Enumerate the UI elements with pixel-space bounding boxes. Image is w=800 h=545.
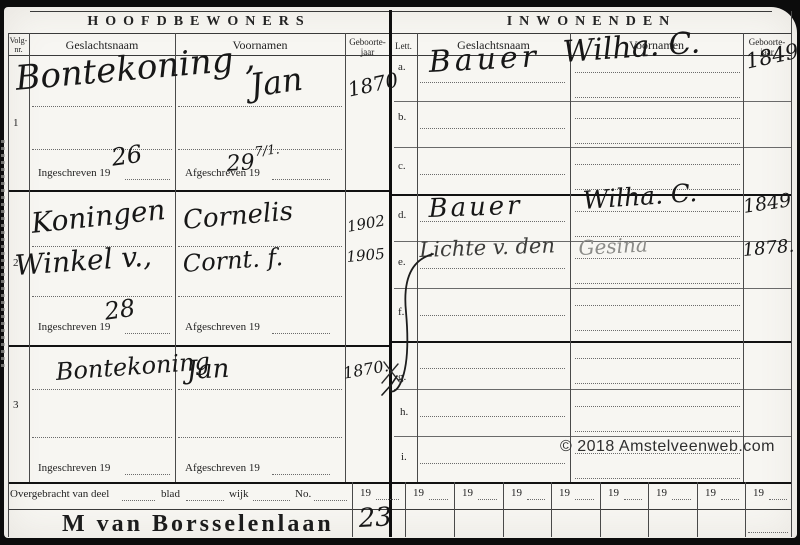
write-line xyxy=(575,118,740,119)
write-line xyxy=(420,416,565,417)
lett-i: i. xyxy=(401,452,407,463)
right-col2-line xyxy=(570,33,571,482)
volgnr-1: 1 xyxy=(13,118,19,129)
write-line xyxy=(420,82,565,83)
leader-line xyxy=(769,499,787,500)
no-label: No. xyxy=(295,489,311,500)
footer-v5 xyxy=(551,482,552,537)
leader-line xyxy=(478,499,497,500)
ingeschreven-label-1: Ingeschreven 19 xyxy=(38,168,110,179)
leader-line xyxy=(429,499,448,500)
write-line xyxy=(32,389,172,390)
lett-g: g. xyxy=(398,372,406,383)
street-name-stamp: M van Borsselenlaan xyxy=(62,511,334,538)
write-line xyxy=(575,358,740,359)
copyright-watermark: © 2018 Amstelveenweb.com xyxy=(560,438,775,456)
leader-line xyxy=(575,499,594,500)
year-cell-4: 19 xyxy=(511,488,522,499)
volgnr-line1: Volg- xyxy=(10,36,28,45)
geboortejaar-line2: jaar xyxy=(361,47,375,57)
right-row-line-hi xyxy=(394,436,792,437)
write-line xyxy=(32,437,172,438)
hw-row1-afgeschreven: 29 xyxy=(226,152,255,176)
footer-v2 xyxy=(405,482,406,537)
write-line xyxy=(178,437,342,438)
write-line xyxy=(420,174,565,175)
footer-v7 xyxy=(648,482,649,537)
write-line xyxy=(420,463,565,464)
write-line xyxy=(420,368,565,369)
col-header-lett: Lett. xyxy=(390,41,417,51)
leader-line xyxy=(721,499,739,500)
hw-row1-afgeschreven-sup: 7/1. xyxy=(254,143,280,159)
write-line xyxy=(575,431,740,432)
write-line xyxy=(575,383,740,384)
left-section-title: HOOFDBEWONERS xyxy=(8,15,390,29)
hw-lodger-a-geslachtsnaam: Bauer xyxy=(428,42,541,78)
left-border xyxy=(8,33,9,537)
hw-row1-voornaam: Jan xyxy=(248,63,304,102)
lett-d: d. xyxy=(398,210,406,221)
col-header-left-geboortejaar: Geboorte- jaar xyxy=(345,37,390,58)
year-cell-8: 19 xyxy=(705,488,716,499)
wijk-label: wijk xyxy=(229,489,249,500)
leader-line xyxy=(624,499,642,500)
hw-lodger-e-geboortejaar: 1878. xyxy=(742,238,795,260)
leader-line xyxy=(186,500,224,501)
top-rule xyxy=(30,11,772,12)
hw-row1-ingeschreven: 26 xyxy=(110,142,144,170)
write-line xyxy=(575,97,740,98)
leader-line xyxy=(314,500,347,501)
write-line xyxy=(32,106,172,107)
write-line xyxy=(32,149,172,150)
write-line xyxy=(575,72,740,73)
right-block-sep-2 xyxy=(391,341,792,343)
left-block-sep-2 xyxy=(8,345,391,347)
footer-top-line xyxy=(8,482,792,484)
scanned-register-card: HOOFDBEWONERS INWONENDEN Volg- nr. Gesla… xyxy=(0,0,800,545)
leader-line xyxy=(253,500,290,501)
footer-v6 xyxy=(600,482,601,537)
leader-line xyxy=(748,532,788,533)
write-line xyxy=(178,106,342,107)
year-cell-7: 19 xyxy=(656,488,667,499)
left-col2-line xyxy=(175,33,176,482)
year-cell-6: 19 xyxy=(608,488,619,499)
leader-line xyxy=(376,499,399,500)
footer-v3 xyxy=(454,482,455,537)
footer-v1 xyxy=(352,482,353,537)
year-cell-1: 19 xyxy=(360,488,371,499)
leader-line xyxy=(672,499,691,500)
footer-v8 xyxy=(697,482,698,537)
leader-line xyxy=(125,333,170,334)
left-edge-print-marks xyxy=(1,140,5,370)
right-row-line-ab xyxy=(394,101,792,102)
lett-e: e. xyxy=(398,257,406,268)
lett-f: f. xyxy=(398,307,404,318)
blad-label: blad xyxy=(161,489,180,500)
write-line xyxy=(575,406,740,407)
right-row-line-bc xyxy=(394,147,792,148)
volgnr-3: 3 xyxy=(13,400,19,411)
hw-lodger-d-geslachtsnaam: Bauer xyxy=(428,193,523,222)
lett-c: c. xyxy=(398,161,406,172)
hw-row2-voornaam-2: Cornt. f. xyxy=(182,245,284,276)
lett-a: a. xyxy=(398,62,406,73)
footer-v4 xyxy=(503,482,504,537)
hw-row2-ingeschreven: 28 xyxy=(103,296,137,324)
left-block-sep-1 xyxy=(8,190,391,192)
lett-col-line xyxy=(417,33,418,482)
leader-line xyxy=(272,333,330,334)
year-cell-5: 19 xyxy=(559,488,570,499)
ingeschreven-label-3: Ingeschreven 19 xyxy=(38,463,110,474)
write-line xyxy=(575,164,740,165)
right-section-title: INWONENDEN xyxy=(391,15,792,29)
hw-lodger-e-geslachtsnaam: Lichte v. den xyxy=(419,235,555,261)
write-line xyxy=(178,389,342,390)
right-border xyxy=(791,11,792,537)
write-line xyxy=(420,268,565,269)
lett-h: h. xyxy=(400,407,408,418)
overgebracht-label: Overgebracht van deel xyxy=(10,489,109,500)
lett-b: b. xyxy=(398,112,406,123)
hw-house-number: 23 xyxy=(358,504,392,532)
leader-line xyxy=(125,179,170,180)
write-line xyxy=(420,315,565,316)
leader-line xyxy=(272,474,330,475)
leader-line xyxy=(122,500,155,501)
year-cell-2: 19 xyxy=(413,488,424,499)
write-line xyxy=(575,305,740,306)
year-cell-3: 19 xyxy=(462,488,473,499)
ingeschreven-label-2: Ingeschreven 19 xyxy=(38,322,110,333)
footer-mid-line xyxy=(8,509,792,510)
write-line xyxy=(178,296,342,297)
right-row-line-gh xyxy=(394,389,792,390)
geboortejaar-line1: Geboorte- xyxy=(349,37,385,47)
hw-row3-voornaam: Jan xyxy=(186,356,230,384)
write-line xyxy=(575,283,740,284)
col-header-volgnr: Volg- nr. xyxy=(8,37,29,55)
write-line xyxy=(575,478,740,479)
hw-row2-geboortejaar-2: 1905 xyxy=(346,247,385,265)
write-line xyxy=(575,330,740,331)
volgnr-line2: nr. xyxy=(14,45,22,54)
write-line xyxy=(420,128,565,129)
leader-line xyxy=(272,179,330,180)
leader-line xyxy=(527,499,545,500)
hw-lodger-e-voornaam: Gesina xyxy=(578,234,648,258)
right-row-line-ef xyxy=(394,288,792,289)
year-cell-9: 19 xyxy=(753,488,764,499)
footer-v9 xyxy=(745,482,746,537)
afgeschreven-label-3: Afgeschreven 19 xyxy=(185,463,260,474)
write-line xyxy=(32,296,172,297)
hw-lodger-d-voornaam: Wilha. C. xyxy=(582,180,698,213)
afgeschreven-label-2: Afgeschreven 19 xyxy=(185,322,260,333)
leader-line xyxy=(125,474,170,475)
write-line xyxy=(575,143,740,144)
